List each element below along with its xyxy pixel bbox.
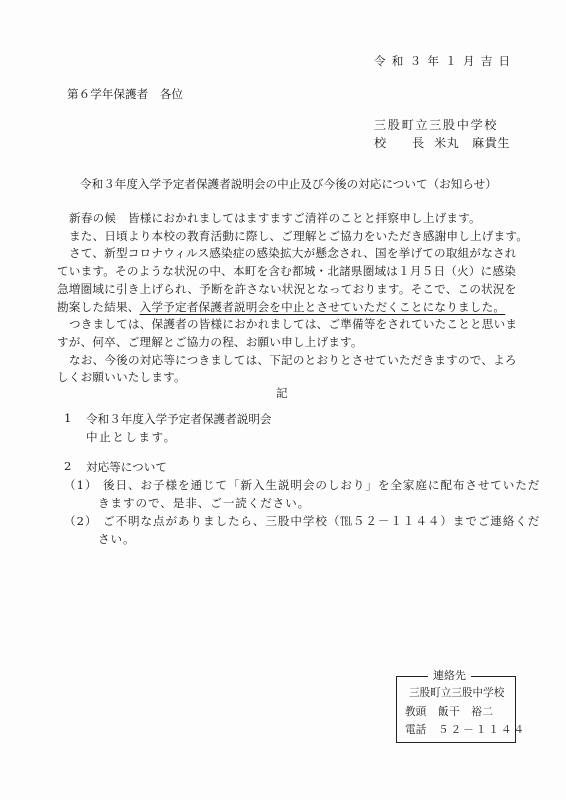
section-2-heading: 対応等について (86, 459, 167, 475)
body-text: 新春の候 皆様におかれましてはますますご清祥のことと拝察申し上げます。 また、日… (57, 210, 519, 387)
section-2-number: 2 (64, 459, 71, 473)
body-line: なお、今後の対応等につきましては、下記のとおりとさせていただきますので、よろ (57, 352, 519, 370)
contact-title: 連絡先 (428, 669, 471, 683)
body-line: つきましては、保護者の皆様におかれましては、ご準備等をされていたことと思いま (57, 316, 519, 334)
body-line: 新春の候 皆様におかれましてはますますご清祥のことと拝察申し上げます。 (57, 210, 519, 228)
body-line-prefix: 勘案した結果、 (57, 300, 140, 314)
body-line: さて、新型コロナウィルス感染症の感染拡大が懸念され、国を挙げての取組がなされ (57, 245, 519, 263)
body-line: すが、何卒、ご理解とご協力の程、お願い申し上げます。 (57, 334, 519, 352)
sender-principal: 校長米丸 麻貴生 (374, 134, 510, 151)
contact-phone: ５２－１１４４ (438, 722, 526, 737)
contact-school: 三股町立三股中学校 (409, 685, 504, 700)
body-line: しくお願いいたします。 (57, 369, 519, 387)
item-2-line-2: さい。 (98, 531, 135, 547)
contact-phone-label: 電話 (405, 722, 426, 737)
item-1-mark: （1） (64, 477, 98, 493)
sender-name: 米丸 麻貴生 (434, 134, 510, 151)
document-title: 令和３年度入学予定者保護者説明会の中止及び今後の対応について（お知らせ） (80, 176, 497, 192)
contact-name: 飯干 裕二 (438, 704, 493, 719)
sender-title-char-2: 長 (412, 134, 434, 151)
record-heading: 記 (276, 385, 288, 401)
section-1-text: 中止とします。 (86, 429, 177, 445)
body-line: 急増圏域に引き上げられ、予断を許さない状況となっております。そこで、この状況を (57, 281, 519, 299)
document-page: 令和３年１月吉日 第６学年保護者 各位 三股町立三股中学校 校長米丸 麻貴生 令… (0, 0, 566, 800)
cancellation-notice: 入学予定者保護者説明会を中止とさせていただくことになりました。 (140, 300, 506, 314)
contact-role: 教頭 (405, 704, 426, 719)
item-2-mark: （2） (64, 513, 98, 529)
item-2-line-1: ご不明な点がありましたら、三股中学校（℡５２－１１４４）までご連絡くだ (103, 513, 540, 529)
body-line: また、日頃より本校の教育活動に際し、ご理解とご協力をいただき感謝申し上げます。 (57, 228, 519, 246)
section-1-number: 1 (64, 411, 71, 425)
section-1-heading: 令和３年度入学予定者保護者説明会 (86, 411, 272, 427)
item-1-line-1: 後日、お子様を通じて「新入生説明会のしおり」を全家庭に配布させていただ (103, 477, 540, 493)
body-line: ています。そのような状況の中、本町を含む都城・北諸県圏域は１月５日（火）に感染 (57, 263, 519, 281)
addressee: 第６学年保護者 各位 (67, 86, 183, 102)
sender-title-char-1: 校 (374, 134, 412, 151)
document-date: 令和３年１月吉日 (374, 53, 516, 69)
body-line: 勘案した結果、入学予定者保護者説明会を中止とさせていただくことになりました。 (57, 299, 519, 317)
item-1-line-2: きますので、是非、ご一読ください。 (98, 495, 310, 511)
sender-school: 三股町立三股中学校 (374, 116, 498, 133)
